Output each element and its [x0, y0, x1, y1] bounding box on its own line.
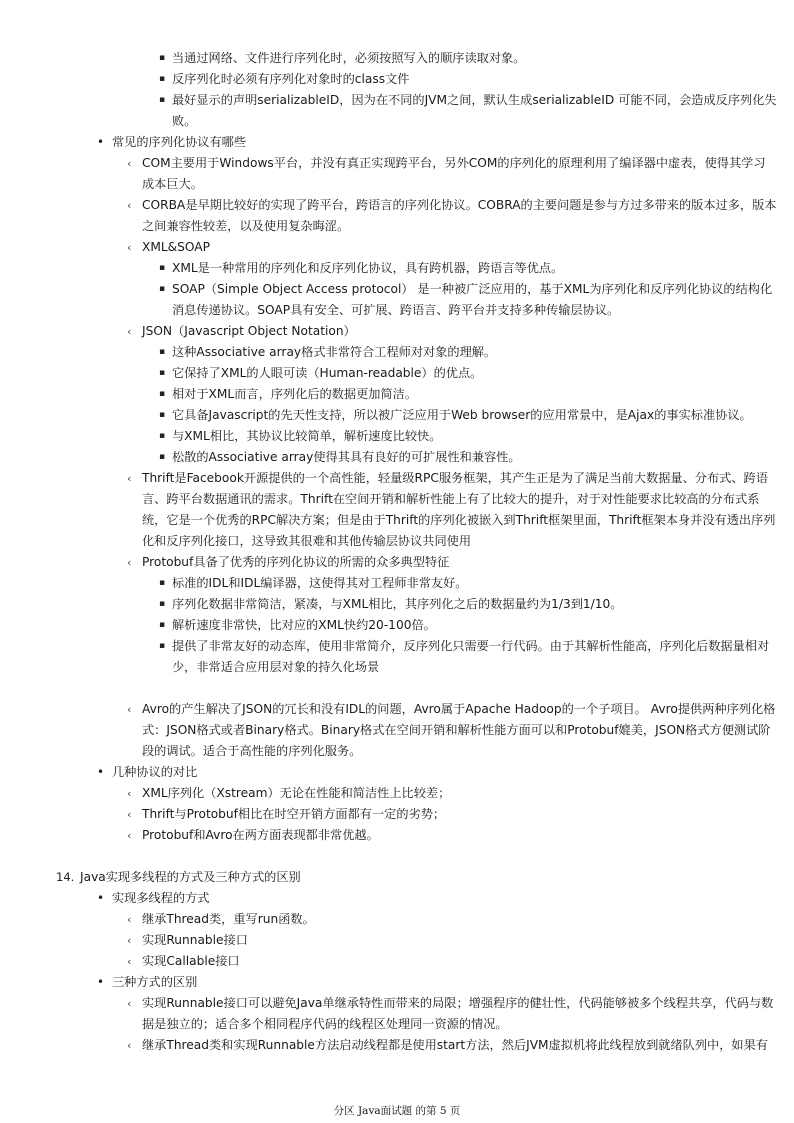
bullet-dot-icon: • [97, 888, 104, 909]
list-item-text: Thrift是Facebook开源提供的一个高性能，轻量级RPC服务框架，其产生… [142, 468, 768, 489]
list-item-text: 化和反序列化接口，这导致其很难和其他传输层协议共同使用 [142, 531, 471, 552]
list-item-text: 成本巨大。 [142, 174, 203, 195]
list-item-text: 常见的序列化协议有哪些 [112, 132, 246, 153]
list-item-text: Thrift与Protobuf相比在时空开销方面都有一定的劣势； [142, 804, 445, 825]
list-item-text: CORBA是早期比较好的实现了跨平台，跨语言的序列化协议。COBRA的主要问题是… [142, 195, 776, 216]
bullet-square-icon: ▪ [159, 405, 165, 426]
bullet-square-icon: ▪ [159, 594, 165, 615]
list-item-text: 当通过网络、文件进行序列化时，必须按照写入的顺序读取对象。 [172, 48, 525, 69]
bullet-square-icon: ▪ [159, 426, 165, 447]
list-item-text: 式：JSON格式或者Binary格式。Binary格式在空间开销和解析性能方面可… [142, 720, 770, 741]
bullet-square-icon: ▪ [159, 384, 165, 405]
list-item-text: Protobuf和Avro在两方面表现都非常优越。 [142, 825, 379, 846]
list-item-text: 标准的IDL和IDL编译器，这使得其对工程师非常友好。 [172, 573, 467, 594]
bullet-chevron-icon: ‹ [127, 825, 131, 846]
list-item-text: 据是独立的；适合多个相同程序代码的线程区处理同一资源的情况。 [142, 1014, 508, 1035]
list-item-text: 之间兼容性较差，以及使用复杂晦涩。 [142, 216, 349, 237]
list-item-text: 继承Thread类和实现Runnable方法启动线程都是使用start方法，然后… [142, 1035, 768, 1056]
list-item-text: Java实现多线程的方式及三种方式的区别 [80, 867, 301, 888]
bullet-chevron-icon: ‹ [127, 783, 131, 804]
bullet-chevron-icon: ‹ [127, 468, 131, 489]
bullet-dot-icon: • [97, 762, 104, 783]
bullet-chevron-icon: ‹ [127, 1035, 131, 1056]
bullet-chevron-icon: ‹ [127, 699, 131, 720]
bullet-chevron-icon: ‹ [127, 930, 131, 951]
list-item-text: 消息传递协议。SOAP具有安全、可扩展、跨语言、跨平台并支持多种传输层协议。 [172, 300, 619, 321]
list-item-text: 提供了非常友好的动态库，使用非常简介，反序列化只需要一行代码。由于其解析性能高，… [172, 636, 769, 657]
list-item-text: 实现Runnable接口 [142, 930, 248, 951]
list-item-text: 它保持了XML的人眼可读（Human-readable）的优点。 [172, 363, 482, 384]
list-item-text: 解析速度非常快，比对应的XML快约20-100倍。 [172, 615, 436, 636]
list-item-text: 松散的Associative array使得其具有良好的可扩展性和兼容性。 [172, 447, 521, 468]
list-item-text: COM主要用于Windows平台，并没有真正实现跨平台，另外COM的序列化的原理… [142, 153, 766, 174]
bullet-square-icon: ▪ [159, 342, 165, 363]
bullet-chevron-icon: ‹ [127, 321, 131, 342]
bullet-chevron-icon: ‹ [127, 237, 131, 258]
list-item-text: 段的调试。适合于高性能的序列化服务。 [142, 741, 361, 762]
bullet-square-icon: ▪ [159, 363, 165, 384]
list-item-text: 败。 [172, 111, 196, 132]
list-number: 14. [56, 867, 74, 888]
bullet-square-icon: ▪ [159, 258, 165, 279]
bullet-square-icon: ▪ [159, 447, 165, 468]
list-item-text: 三种方式的区别 [112, 972, 197, 993]
bullet-square-icon: ▪ [159, 279, 165, 300]
list-item-text: JSON（Javascript Object Notation） [142, 321, 356, 342]
bullet-chevron-icon: ‹ [127, 153, 131, 174]
list-item-text: 实现Runnable接口可以避免Java单继承特性而带来的局限；增强程序的健壮性… [142, 993, 773, 1014]
list-item-text: 言、跨平台数据通讯的需求。Thrift在空间开销和解析性能上有了比较大的提升，对… [142, 489, 759, 510]
list-item-text: 实现Callable接口 [142, 951, 240, 972]
list-item-text: 序列化数据非常简洁，紧凑，与XML相比，其序列化之后的数据量约为1/3到1/10… [172, 594, 622, 615]
list-item-text: Protobuf具备了优秀的序列化协议的所需的众多典型特征 [142, 552, 449, 573]
document-page: ▪当通过网络、文件进行序列化时，必须按照写入的顺序读取对象。▪反序列化时必须有序… [0, 0, 794, 1123]
bullet-dot-icon: • [97, 132, 104, 153]
list-item-text: 它具备Javascript的先天性支持，所以被广泛应用于Web browser的… [172, 405, 752, 426]
bullet-square-icon: ▪ [159, 90, 165, 111]
list-item-text: Avro的产生解决了JSON的冗长和没有IDL的问题，Avro属于Apache … [142, 699, 775, 720]
bullet-square-icon: ▪ [159, 69, 165, 90]
page-footer: 分区 Java面试题 的第 5 页 [0, 1103, 794, 1118]
bullet-square-icon: ▪ [159, 48, 165, 69]
bullet-chevron-icon: ‹ [127, 909, 131, 930]
bullet-chevron-icon: ‹ [127, 552, 131, 573]
list-item-text: XML&SOAP [142, 237, 210, 258]
list-item-text: XML序列化（Xstream）无论在性能和简洁性上比较差； [142, 783, 450, 804]
list-item-text: 统，它是一个优秀的RPC解决方案；但是由于Thrift的序列化被嵌入到Thrif… [142, 510, 775, 531]
bullet-square-icon: ▪ [159, 615, 165, 636]
list-item-text: 少，非常适合应用层对象的持久化场景 [172, 657, 379, 678]
list-item-text: XML是一种常用的序列化和反序列化协议，具有跨机器，跨语言等优点。 [172, 258, 563, 279]
list-item-text: 继承Thread类，重写run函数。 [142, 909, 315, 930]
list-item-text: 实现多线程的方式 [112, 888, 210, 909]
bullet-dot-icon: • [97, 972, 104, 993]
bullet-chevron-icon: ‹ [127, 804, 131, 825]
list-item-text: 相对于XML而言，序列化后的数据更加简洁。 [172, 384, 417, 405]
list-item-text: 这种Associative array格式非常符合工程师对对象的理解。 [172, 342, 496, 363]
bullet-chevron-icon: ‹ [127, 993, 131, 1014]
list-item-text: SOAP（Simple Object Access protocol） 是一种被… [172, 279, 772, 300]
list-item-text: 反序列化时必须有序列化对象时的class文件 [172, 69, 409, 90]
bullet-square-icon: ▪ [159, 636, 165, 657]
bullet-square-icon: ▪ [159, 573, 165, 594]
bullet-chevron-icon: ‹ [127, 951, 131, 972]
list-item-text: 几种协议的对比 [112, 762, 197, 783]
bullet-chevron-icon: ‹ [127, 195, 131, 216]
list-item-text: 最好显示的声明serializableID，因为在不同的JVM之间，默认生成se… [172, 90, 777, 111]
list-item-text: 与XML相比，其协议比较简单，解析速度比较快。 [172, 426, 441, 447]
